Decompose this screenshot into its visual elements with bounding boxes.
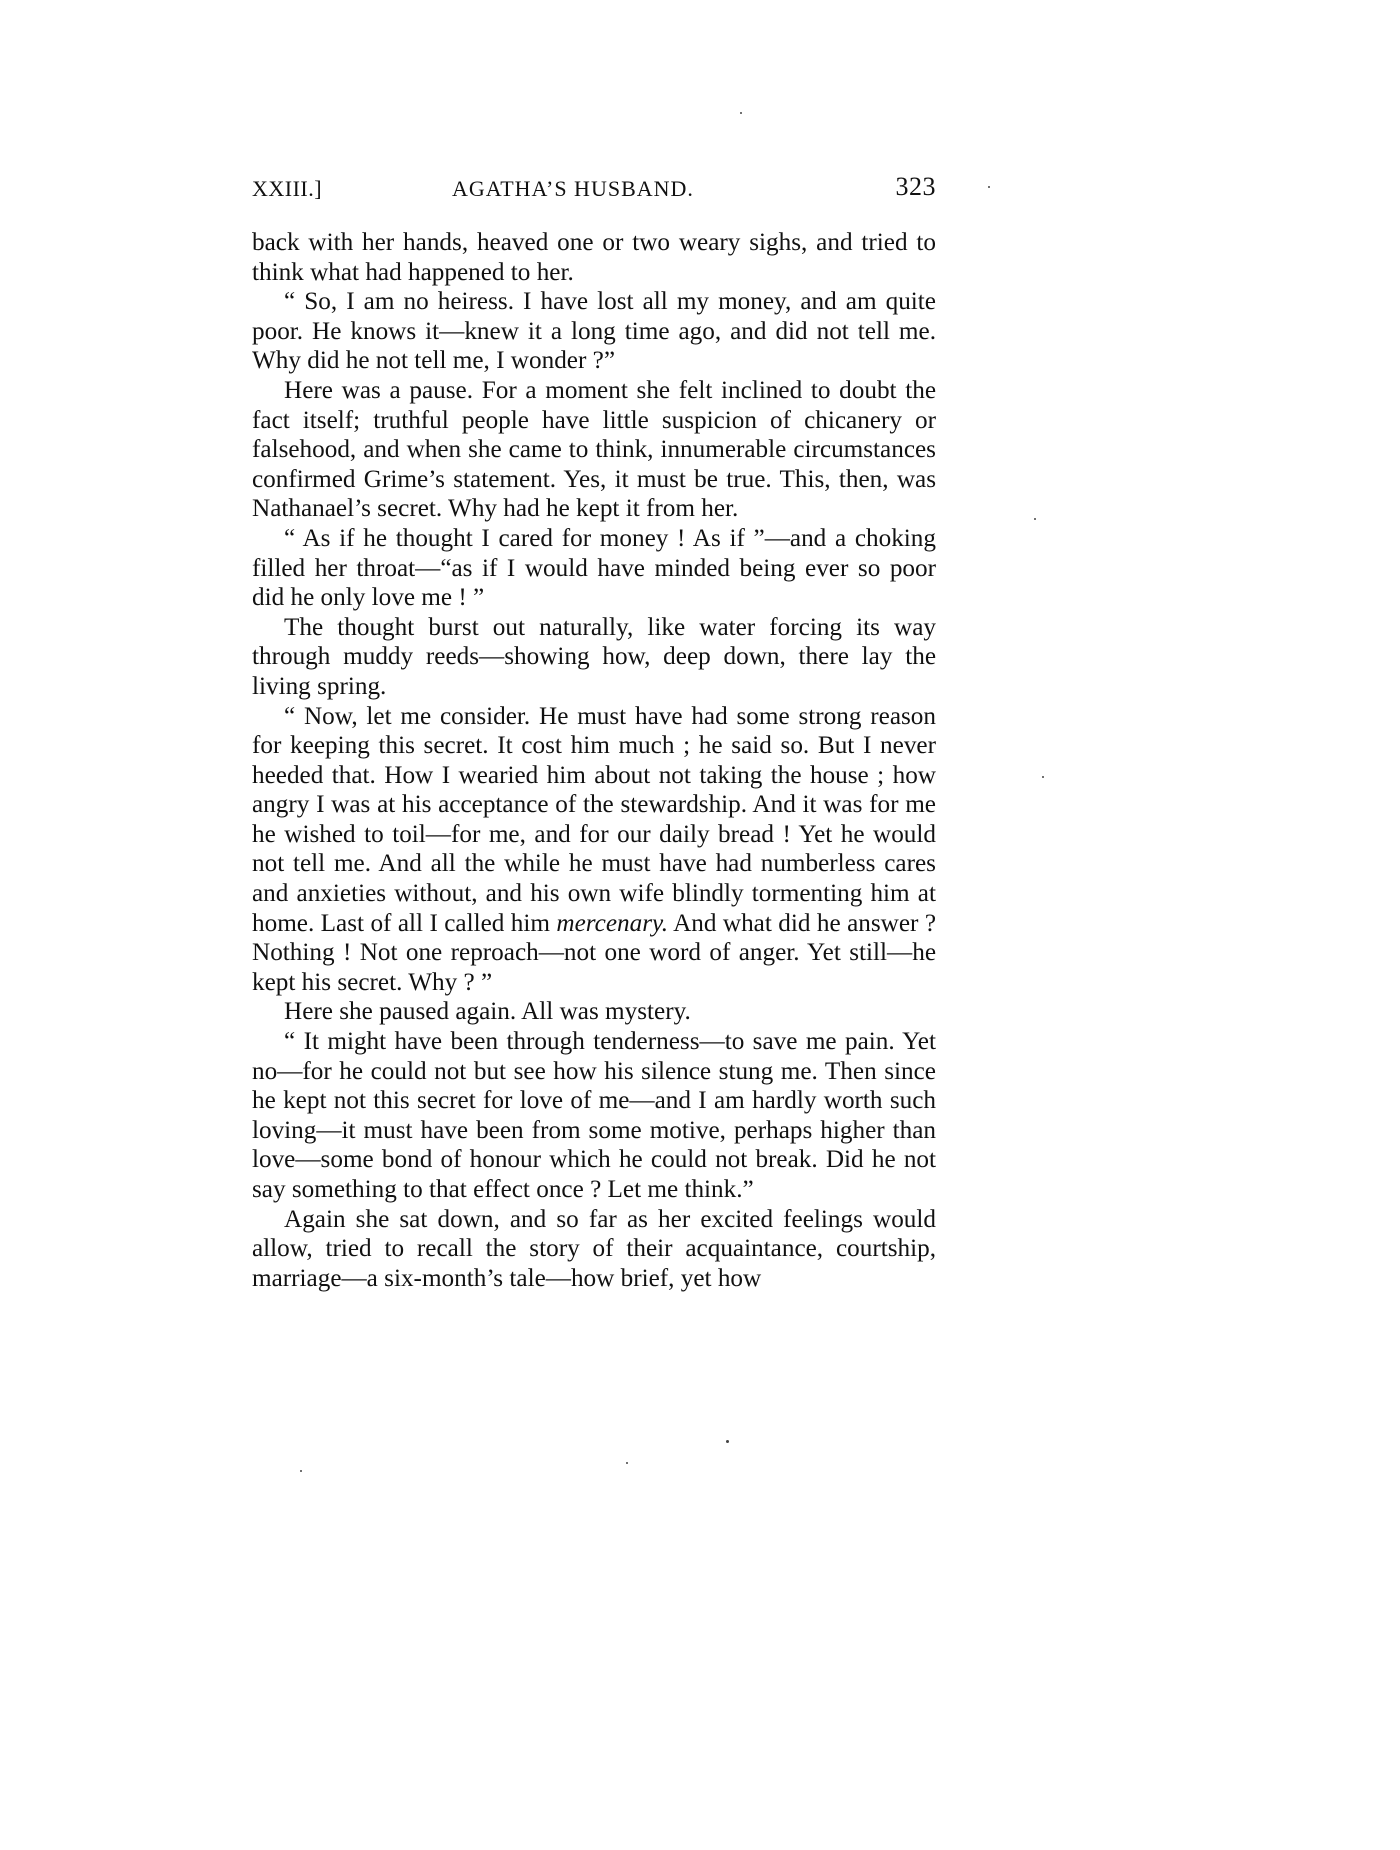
body-text: back with her hands, heaved one or two w… (252, 228, 936, 1293)
paragraph: Here was a pause. For a moment she felt … (252, 376, 936, 524)
paragraph: “ So, I am no heiress. I have lost all m… (252, 287, 936, 376)
running-title: AGATHA’S HUSBAND. (452, 176, 694, 202)
running-head: XXIII.] AGATHA’S HUSBAND. 323 (252, 170, 936, 210)
scan-speck (1042, 776, 1044, 778)
paragraph: “ As if he thought I cared for money ! A… (252, 524, 936, 613)
scan-speck (626, 1462, 628, 1464)
paragraph: Here she paused again. All was mystery. (252, 997, 936, 1027)
paragraph: “ Now, let me consider. He must have had… (252, 702, 936, 998)
page-number: 323 (896, 172, 937, 202)
paragraph: The thought burst out naturally, like wa… (252, 613, 936, 702)
scan-speck (1034, 518, 1036, 520)
book-page: XXIII.] AGATHA’S HUSBAND. 323 back with … (252, 170, 936, 1293)
scan-speck (740, 112, 742, 114)
scan-speck (988, 186, 990, 188)
scan-speck (300, 1470, 302, 1472)
paragraph-text: “ Now, let me consider. He must have had… (252, 703, 936, 937)
paragraph: “ It might have been through tenderness—… (252, 1027, 936, 1205)
paragraph: Again she sat down, and so far as her ex… (252, 1205, 936, 1294)
chapter-marker: XXIII.] (252, 176, 322, 202)
paragraph: back with her hands, heaved one or two w… (252, 228, 936, 287)
italic-word: mercenary. (556, 910, 668, 937)
scan-speck (726, 1440, 729, 1443)
